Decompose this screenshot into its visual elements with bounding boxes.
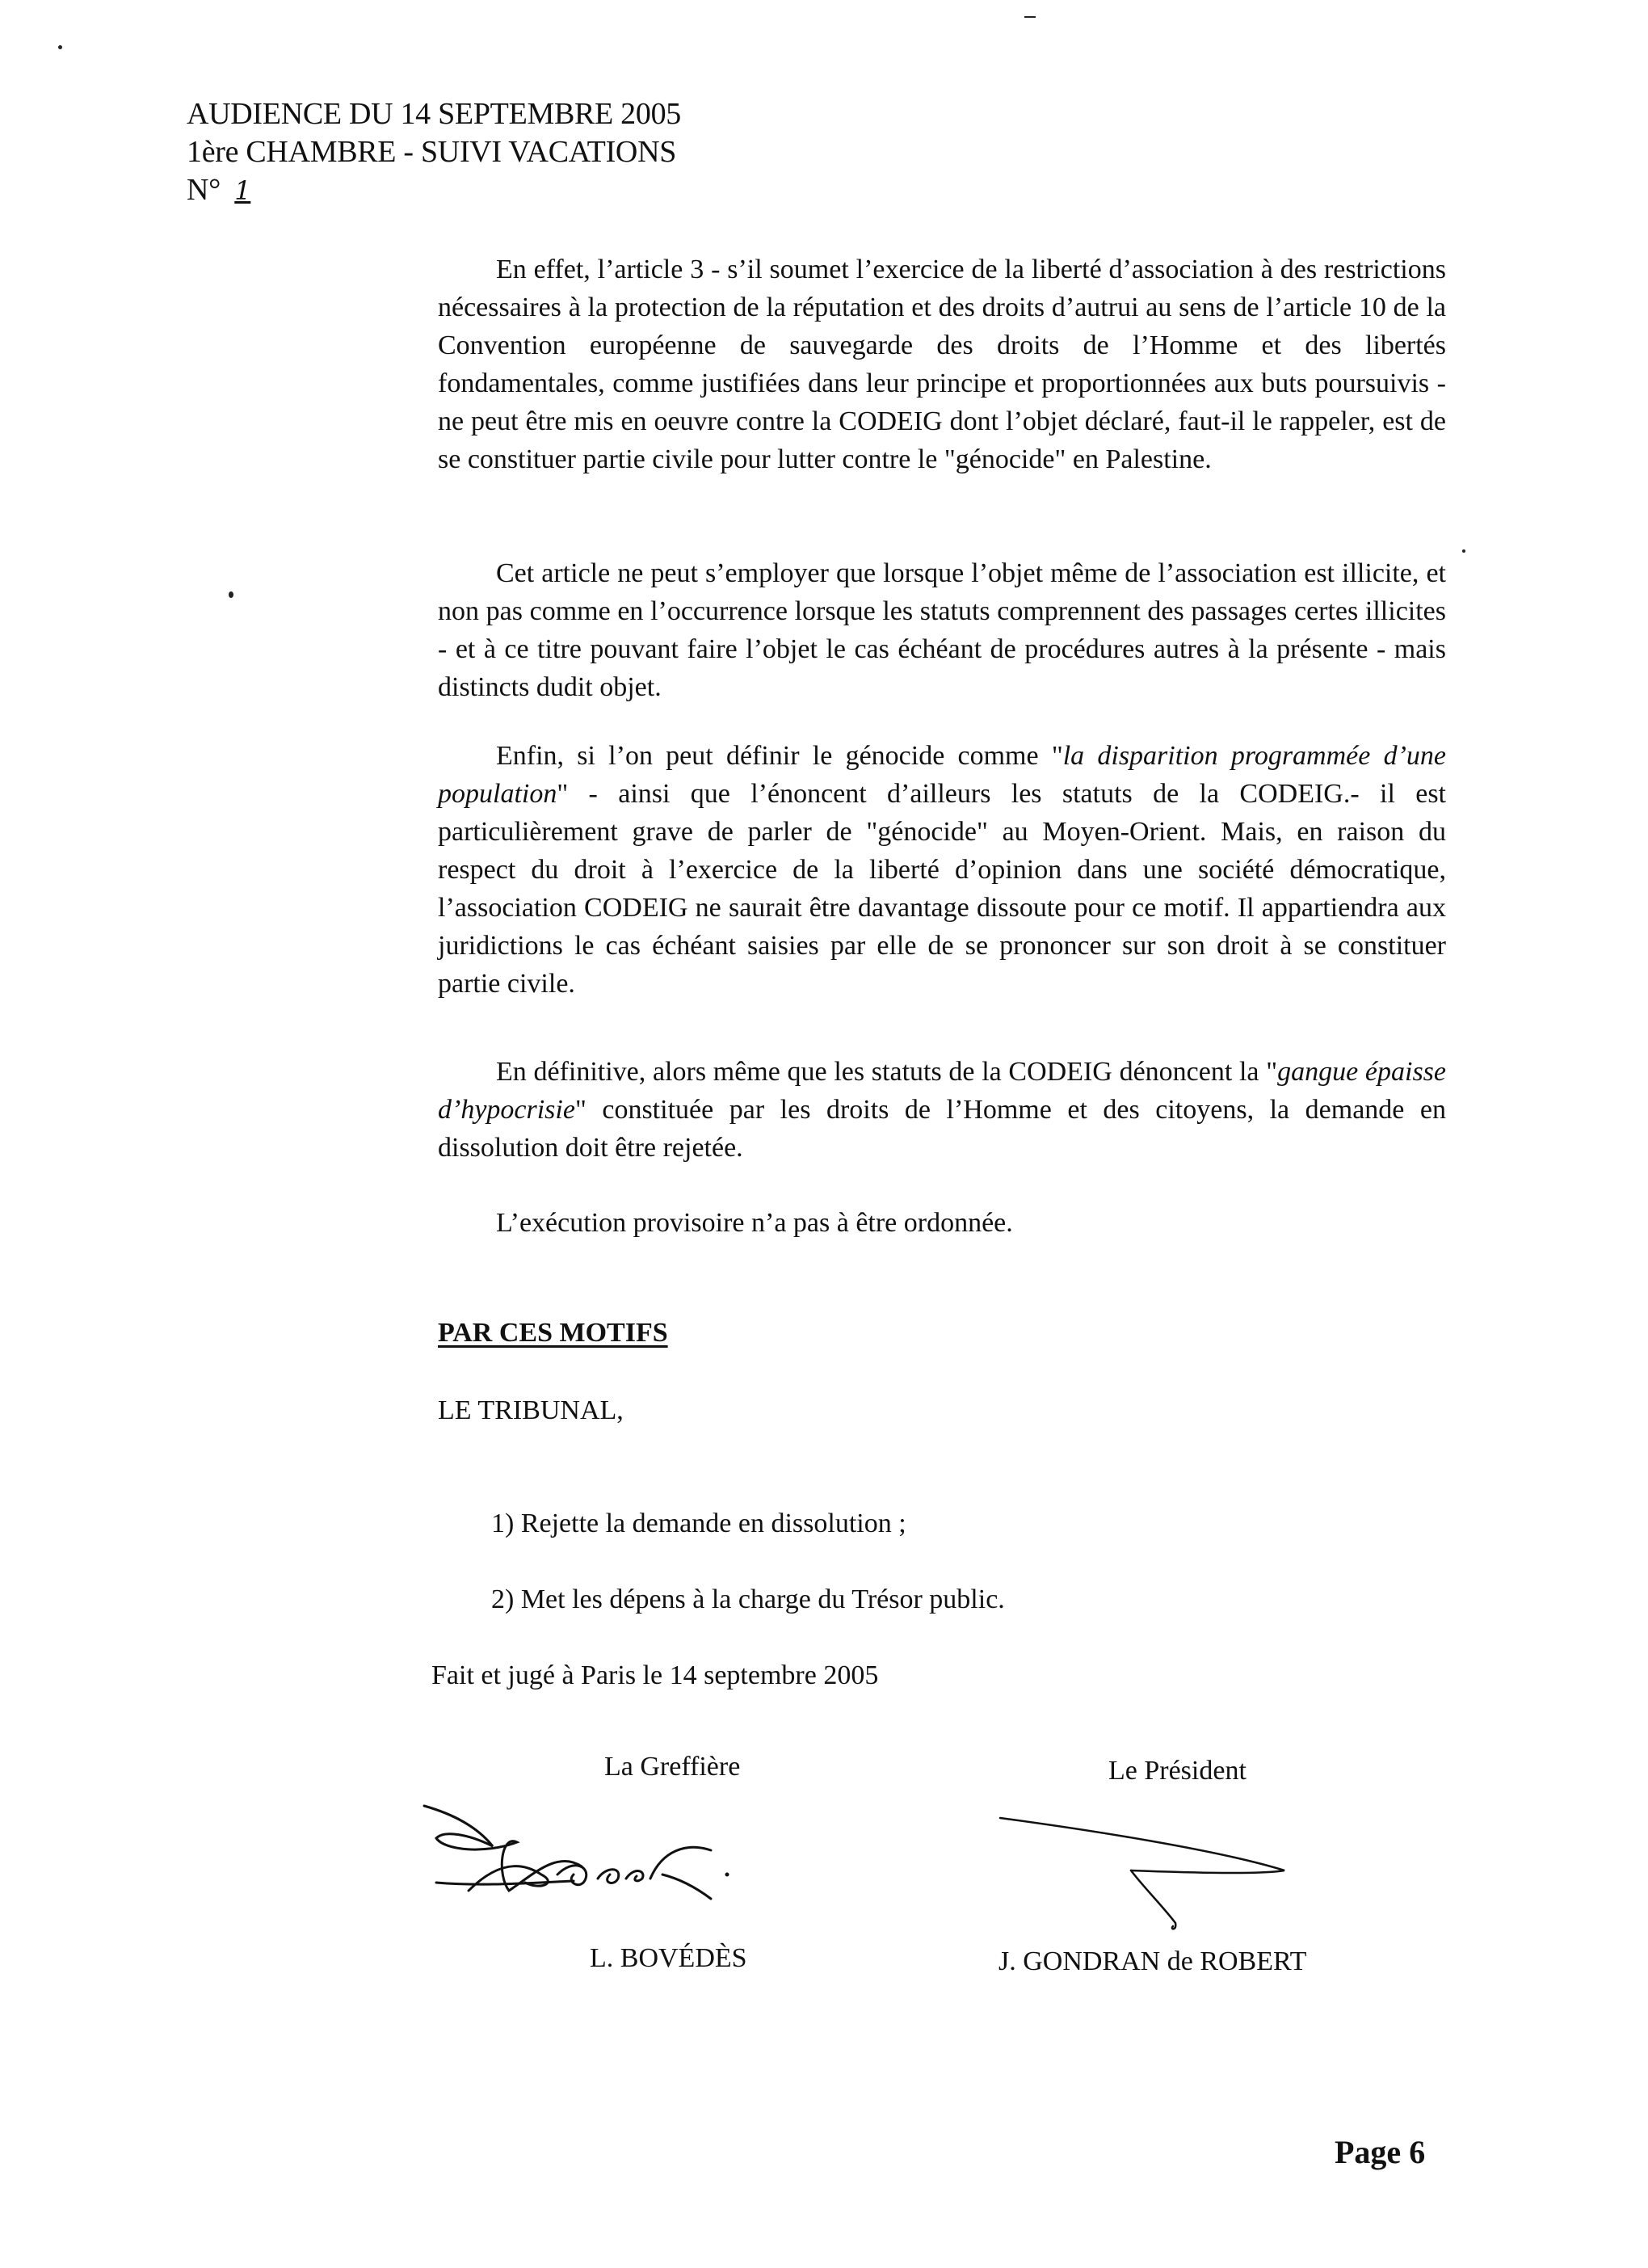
- signature-greffiere: [420, 1802, 905, 1923]
- scan-speck: [229, 591, 233, 598]
- text-run: Cet article ne peut s’employer que lorsq…: [438, 558, 1446, 702]
- section-heading: PAR CES MOTIFS: [438, 1314, 668, 1352]
- court-label: LE TRIBUNAL,: [438, 1391, 624, 1429]
- para-4: En définitive, alors même que les statut…: [438, 1053, 1446, 1167]
- case-number-label: N°: [187, 173, 221, 207]
- case-number-handwritten: 1: [228, 175, 257, 206]
- case-number: N° 1: [187, 171, 257, 210]
- para-2: Cet article ne peut s’employer que lorsq…: [438, 554, 1446, 706]
- ruling-item-2: 2) Met les dépens à la charge du Trésor …: [491, 1580, 1005, 1618]
- para-1: En effet, l’article 3 - s’il soumet l’ex…: [438, 250, 1446, 478]
- text-run: En définitive, alors même que les statut…: [496, 1057, 1277, 1087]
- text-run: L’exécution provisoire n’a pas à être or…: [496, 1208, 1013, 1238]
- para-3: Enfin, si l’on peut définir le génocide …: [438, 737, 1446, 1003]
- text-run: En effet, l’article 3 - s’il soumet l’ex…: [438, 255, 1446, 474]
- closing-statement: Fait et jugé à Paris le 14 septembre 200…: [431, 1656, 878, 1694]
- page-number: Page 6: [1335, 2133, 1425, 2171]
- paragraph: En effet, l’article 3 - s’il soumet l’ex…: [438, 250, 1446, 478]
- signatory-role-left: La Greffière: [604, 1748, 740, 1786]
- paragraph: Enfin, si l’on peut définir le génocide …: [438, 737, 1446, 1003]
- signatory-role-right: Le Président: [1108, 1752, 1247, 1790]
- para-5: L’exécution provisoire n’a pas à être or…: [438, 1204, 1446, 1242]
- ruling-item-1: 1) Rejette la demande en dissolution ;: [491, 1504, 906, 1542]
- scan-speck: [1462, 549, 1465, 553]
- scan-speck: [1024, 16, 1036, 18]
- text-run: " constituée par les droits de l’Homme e…: [438, 1095, 1446, 1163]
- text-run: Enfin, si l’on peut définir le génocide …: [496, 741, 1063, 771]
- text-run: " - ainsi que l’énoncent d’ailleurs les …: [438, 779, 1446, 999]
- paragraph: En définitive, alors même que les statut…: [438, 1053, 1446, 1167]
- signature-president: [994, 1810, 1365, 1939]
- paragraph: L’exécution provisoire n’a pas à être or…: [438, 1204, 1446, 1242]
- signatory-name-left: L. BOVÉDÈS: [590, 1939, 747, 1977]
- hearing-date: AUDIENCE DU 14 SEPTEMBRE 2005: [187, 95, 681, 133]
- paragraph: Cet article ne peut s’employer que lorsq…: [438, 554, 1446, 706]
- scan-speck: [58, 45, 62, 49]
- chamber-line: 1ère CHAMBRE - SUIVI VACATIONS: [187, 133, 676, 171]
- signatory-name-right: J. GONDRAN de ROBERT: [998, 1942, 1306, 1980]
